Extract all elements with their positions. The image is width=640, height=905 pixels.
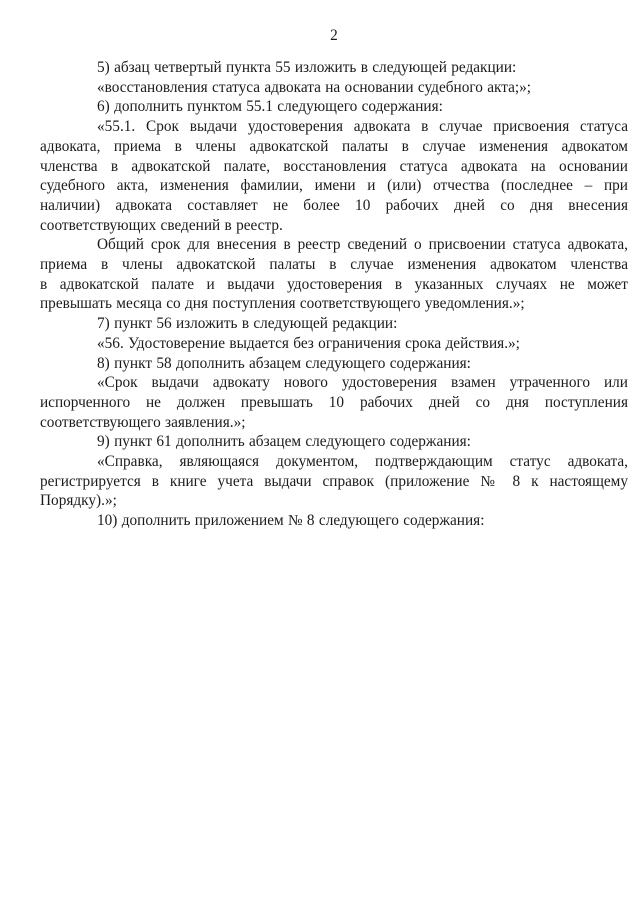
text-line: 7) пункт 56 изложить в следующей редакци…: [40, 314, 628, 334]
text-line: адвоката, приема в члены адвокатской пал…: [40, 137, 628, 157]
page-number: 2: [40, 27, 628, 44]
paragraph: «Справка, являющаяся документом, подтвер…: [40, 452, 628, 511]
text-line: соответствующего заявления.»;: [40, 413, 628, 433]
text-line: регистрируется в книге учета выдачи спра…: [40, 472, 628, 492]
text-line: в адвокатской палате и выдачи удостовере…: [40, 275, 628, 295]
paragraph: «56. Удостоверение выдается без ограниче…: [40, 334, 628, 354]
text-line: Общий срок для внесения в реестр сведени…: [40, 235, 628, 255]
text-line: 9) пункт 61 дополнить абзацем следующего…: [40, 432, 628, 452]
paragraph: 8) пункт 58 дополнить абзацем следующего…: [40, 354, 628, 374]
text-line: судебного акта, изменения фамилии, имени…: [40, 176, 628, 196]
text-line: членства в адвокатской палате, восстанов…: [40, 157, 628, 177]
text-line: «Справка, являющаяся документом, подтвер…: [40, 452, 628, 472]
text-line: «55.1. Срок выдачи удостоверения адвокат…: [40, 117, 628, 137]
paragraph: «55.1. Срок выдачи удостоверения адвокат…: [40, 117, 628, 235]
text-line: испорченного не должен превышать 10 рабо…: [40, 393, 628, 413]
document-body: 5) абзац четвертый пункта 55 изложить в …: [40, 58, 628, 531]
text-line: «восстановления статуса адвоката на осно…: [40, 78, 628, 98]
text-line: превышать месяца со дня поступления соот…: [40, 294, 628, 314]
text-line: «Срок выдачи адвокату нового удостоверен…: [40, 373, 628, 393]
paragraph: Общий срок для внесения в реестр сведени…: [40, 235, 628, 314]
text-line: приема в члены адвокатской палаты в случ…: [40, 255, 628, 275]
paragraph: «Срок выдачи адвокату нового удостоверен…: [40, 373, 628, 432]
text-line: Порядку).»;: [40, 491, 628, 511]
text-line: 5) абзац четвертый пункта 55 изложить в …: [40, 58, 628, 78]
paragraph: 10) дополнить приложением № 8 следующего…: [40, 511, 628, 531]
paragraph: «восстановления статуса адвоката на осно…: [40, 78, 628, 98]
document-page: 2 5) абзац четвертый пункта 55 изложить …: [0, 0, 640, 905]
paragraph: 9) пункт 61 дополнить абзацем следующего…: [40, 432, 628, 452]
text-line: соответствующих сведений в реестр.: [40, 216, 628, 236]
text-line: 6) дополнить пунктом 55.1 следующего сод…: [40, 97, 628, 117]
paragraph: 5) абзац четвертый пункта 55 изложить в …: [40, 58, 628, 78]
paragraph: 7) пункт 56 изложить в следующей редакци…: [40, 314, 628, 334]
text-line: «56. Удостоверение выдается без ограниче…: [40, 334, 628, 354]
text-line: 8) пункт 58 дополнить абзацем следующего…: [40, 354, 628, 374]
paragraph: 6) дополнить пунктом 55.1 следующего сод…: [40, 97, 628, 117]
text-line: наличии) адвоката составляет не более 10…: [40, 196, 628, 216]
text-line: 10) дополнить приложением № 8 следующего…: [40, 511, 628, 531]
